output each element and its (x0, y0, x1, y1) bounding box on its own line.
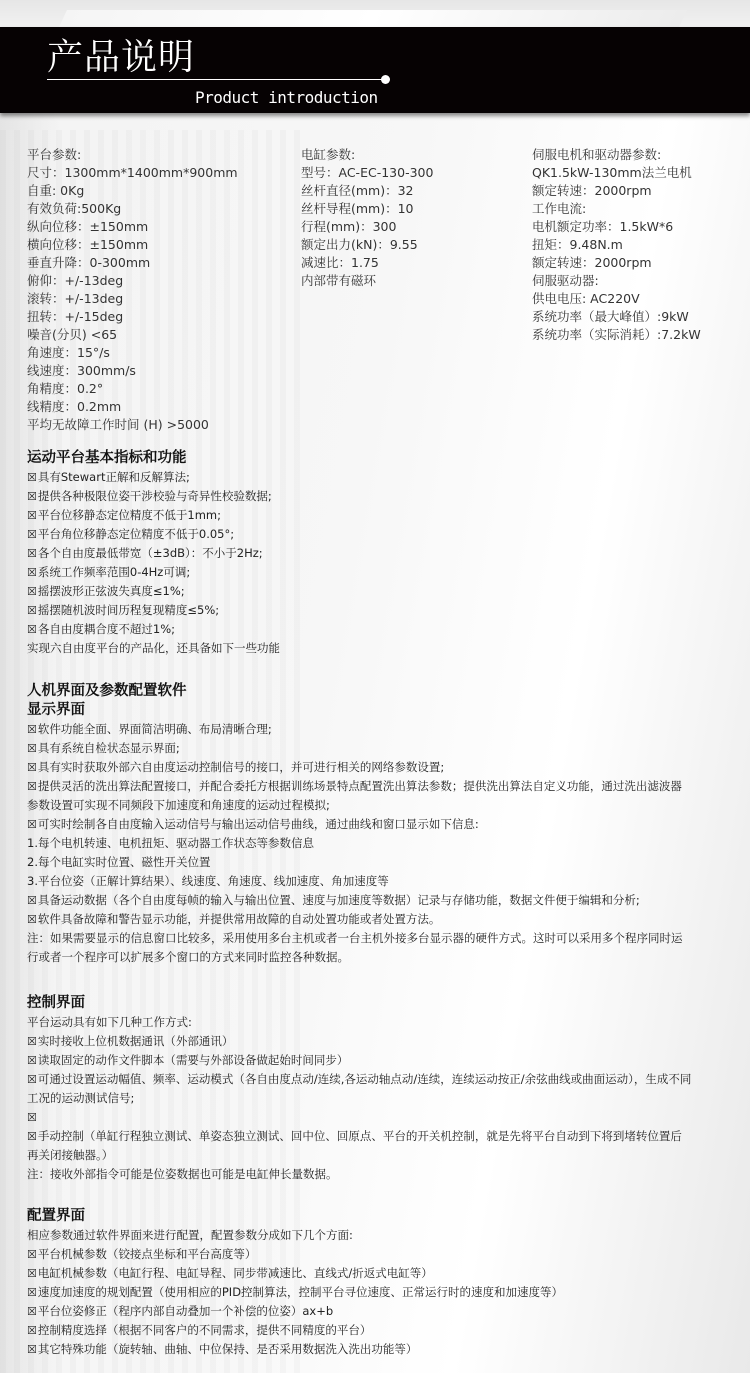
feature-item: ☒可通过设置运动幅值、频率、运动模式（各自由度点动/连续,各运动轴点动/连续，连… (27, 1070, 692, 1108)
numbered-item: 3.平台位姿（正解计算结果）、线速度、角速度、线加速度、角加速度等 (27, 872, 692, 891)
checkbox-icon: ☒ (27, 777, 37, 796)
spec-line: 额定出力(kN)：9.55 (301, 236, 433, 254)
spec-line: 角精度：0.2° (27, 380, 238, 398)
section-heading: 配置界面 (27, 1207, 563, 1226)
control-section: 控制界面 平台运动具有如下几种工作方式: ☒实时接收上位机数据通讯（外部通讯） … (27, 994, 692, 1184)
feature-item: ☒具备运动数据（各个自由度每帧的输入与输出位置、速度与加速度等数据）记录与存储功… (27, 891, 692, 910)
spec-line: 工作电流: (532, 200, 701, 218)
title-underline (47, 79, 384, 80)
checkbox-icon: ☒ (27, 1108, 37, 1127)
feature-item: ☒可实时绘制各自由度输入运动信号与输出运动信号曲线，通过曲线和窗口显示如下信息: (27, 815, 692, 834)
feature-item: ☒系统工作频率范围0-4Hz可调; (27, 563, 280, 582)
feature-item: ☒平台位姿修正（程序内部自动叠加一个补偿的位姿）ax+b (27, 1302, 563, 1321)
checkbox-icon: ☒ (27, 544, 37, 563)
hmi-section: 人机界面及参数配置软件 显示界面 ☒软件功能全面、界面简洁明确、布局清晰合理; … (27, 682, 692, 967)
platform-params-heading: 平台参数: (27, 146, 238, 164)
feature-item: ☒实时接收上位机数据通讯（外部通讯） (27, 1032, 692, 1051)
feature-item: ☒摇摆波形正弦波失真度≤1%; (27, 582, 280, 601)
feature-item: ☒具有实时获取外部六自由度运动控制信号的接口，并可进行相关的网络参数设置; (27, 758, 692, 777)
feature-item: ☒读取固定的动作文件脚本（需要与外部设备做起始时间同步） (27, 1051, 692, 1070)
checkbox-icon: ☒ (27, 758, 37, 777)
underline-dot-icon (381, 75, 390, 84)
feature-item: ☒提供各种极限位姿干涉校验与奇异性校验数据; (27, 487, 280, 506)
checkbox-icon: ☒ (27, 1302, 37, 1321)
actuator-params-heading: 电缸参数: (301, 146, 433, 164)
section-intro: 相应参数通过软件界面来进行配置，配置参数分成如下几个方面: (27, 1226, 563, 1245)
checkbox-icon: ☒ (27, 1051, 37, 1070)
checkbox-icon: ☒ (27, 506, 37, 525)
checkbox-icon: ☒ (27, 739, 37, 758)
page-title: 产品说明 (47, 36, 195, 80)
spec-line: 角速度：15°/s (27, 344, 238, 362)
checkbox-icon: ☒ (27, 815, 37, 834)
section-note: 注：接收外部指令可能是位姿数据也可能是电缸伸长量数据。 (27, 1165, 692, 1184)
checkbox-icon: ☒ (27, 720, 37, 739)
feature-item: ☒其它特殊功能（旋转轴、曲轴、中位保持、是否采用数据洗入洗出功能等） (27, 1340, 563, 1359)
servo-params-heading: 伺服电机和驱动器参数: (532, 146, 701, 164)
spec-line: 俯仰：+/-13deg (27, 272, 238, 290)
feature-item: ☒提供灵活的洗出算法配置接口，并配合委托方根据训练场景特点配置洗出算法参数；提供… (27, 777, 692, 815)
checkbox-icon: ☒ (27, 1340, 37, 1359)
spec-line: 噪音(分贝) <65 (27, 326, 238, 344)
spec-line: 扭矩：9.48N.m (532, 236, 701, 254)
section-heading: 控制界面 (27, 994, 692, 1013)
spec-line: 供电电压: AC220V (532, 290, 701, 308)
checkbox-icon: ☒ (27, 563, 37, 582)
checkbox-icon: ☒ (27, 1283, 37, 1302)
basic-functions-section: 运动平台基本指标和功能 ☒具有Stewart正解和反解算法; ☒提供各种极限位姿… (27, 449, 280, 658)
feature-item: ☒平台位移静态定位精度不低于1mm; (27, 506, 280, 525)
checkbox-icon: ☒ (27, 1321, 37, 1340)
servo-params-column: 伺服电机和驱动器参数: QK1.5kW-130mm法兰电机 额定转速：2000r… (532, 146, 701, 344)
checkbox-icon: ☒ (27, 910, 37, 929)
spec-line: 平均无故障工作时间 (H) >5000 (27, 416, 238, 434)
section-intro: 平台运动具有如下几种工作方式: (27, 1013, 692, 1032)
spec-line: 减速比：1.75 (301, 254, 433, 272)
actuator-params-column: 电缸参数: 型号：AC-EC-130-300 丝杆直径(mm)：32 丝杆导程(… (301, 146, 433, 290)
checkbox-icon: ☒ (27, 891, 37, 910)
feature-item: ☒软件功能全面、界面简洁明确、布局清晰合理; (27, 720, 692, 739)
spec-line: 丝杆直径(mm)：32 (301, 182, 433, 200)
numbered-item: 2.每个电缸实时位置、磁性开关位置 (27, 853, 692, 872)
config-section: 配置界面 相应参数通过软件界面来进行配置，配置参数分成如下几个方面: ☒平台机械… (27, 1207, 563, 1359)
spec-line: 系统功率（实际消耗）:7.2kW (532, 326, 701, 344)
spec-line: QK1.5kW-130mm法兰电机 (532, 164, 701, 182)
section-heading: 运动平台基本指标和功能 (27, 449, 280, 468)
spec-line: 滚转：+/-13deg (27, 290, 238, 308)
spec-line: 内部带有磁环 (301, 272, 433, 290)
feature-item: ☒软件具备故障和警告显示功能，并提供常用故障的自动处置功能或者处置方法。 (27, 910, 692, 929)
platform-params-column: 平台参数: 尺寸：1300mm*1400mm*900mm 自重: 0Kg 有效负… (27, 146, 238, 434)
checkbox-icon: ☒ (27, 1070, 37, 1089)
spec-line: 有效负荷:500Kg (27, 200, 238, 218)
page-subtitle: Product introduction (195, 87, 378, 109)
spec-line: 行程(mm)：300 (301, 218, 433, 236)
section-note: 注：如果需要显示的信息窗口比较多，采用使用多台主机或者一台主机外接多台显示器的硬… (27, 929, 692, 967)
checkbox-icon: ☒ (27, 601, 37, 620)
feature-item: ☒控制精度选择（根据不同客户的不同需求，提供不同精度的平台） (27, 1321, 563, 1340)
feature-item: ☒各个自由度最低带宽（±3dB）：不小于2Hz; (27, 544, 280, 563)
feature-item: ☒速度加速度的规划配置（使用相应的PID控制算法，控制平台寻位速度、正常运行时的… (27, 1283, 563, 1302)
checkbox-icon: ☒ (27, 1127, 37, 1146)
checkbox-icon: ☒ (27, 1264, 37, 1283)
spec-line: 伺服驱动器: (532, 272, 701, 290)
feature-item: ☒各自由度耦合度不超过1%; (27, 620, 280, 639)
spec-line: 垂直升降：0-300mm (27, 254, 238, 272)
spec-line: 系统功率（最大峰值）:9kW (532, 308, 701, 326)
spec-line: 横向位移：±150mm (27, 236, 238, 254)
spec-line: 自重: 0Kg (27, 182, 238, 200)
spec-line: 型号：AC-EC-130-300 (301, 164, 433, 182)
header-banner: 产品说明 Product introduction (0, 27, 750, 113)
feature-item: ☒摇摆随机波时间历程复现精度≤5%; (27, 601, 280, 620)
spec-line: 尺寸：1300mm*1400mm*900mm (27, 164, 238, 182)
spec-line: 线速度：300mm/s (27, 362, 238, 380)
checkbox-icon: ☒ (27, 1032, 37, 1051)
feature-item: ☒平台角位移静态定位精度不低于0.05°; (27, 525, 280, 544)
feature-item: ☒手动控制（单缸行程独立测试、单姿态独立测试、回中位、回原点、平台的开关机控制，… (27, 1127, 692, 1165)
spec-line: 电机额定功率：1.5kW*6 (532, 218, 701, 236)
top-photo-strip (0, 0, 750, 27)
feature-item: ☒平台机械参数（铰接点坐标和平台高度等） (27, 1245, 563, 1264)
spec-line: 额定转速：2000rpm (532, 182, 701, 200)
spec-line: 丝杆导程(mm)：10 (301, 200, 433, 218)
spec-line: 额定转速：2000rpm (532, 254, 701, 272)
checkbox-icon: ☒ (27, 1245, 37, 1264)
checkbox-icon: ☒ (27, 582, 37, 601)
spec-line: 扭转：+/-15deg (27, 308, 238, 326)
feature-item: ☒具有系统自检状态显示界面; (27, 739, 692, 758)
spec-line: 纵向位移：±150mm (27, 218, 238, 236)
checkbox-icon: ☒ (27, 620, 37, 639)
feature-item-empty: ☒ (27, 1108, 692, 1127)
checkbox-icon: ☒ (27, 468, 37, 487)
checkbox-icon: ☒ (27, 525, 37, 544)
checkbox-icon: ☒ (27, 487, 37, 506)
section-subheading: 显示界面 (27, 701, 692, 720)
section-footer: 实现六自由度平台的产品化，还具备如下一些功能 (27, 639, 280, 658)
section-heading: 人机界面及参数配置软件 (27, 682, 692, 701)
feature-item: ☒电缸机械参数（电缸行程、电缸导程、同步带减速比、直线式/折返式电缸等） (27, 1264, 563, 1283)
numbered-item: 1.每个电机转速、电机扭矩、驱动器工作状态等参数信息 (27, 834, 692, 853)
feature-item: ☒具有Stewart正解和反解算法; (27, 468, 280, 487)
spec-line: 线精度：0.2mm (27, 398, 238, 416)
